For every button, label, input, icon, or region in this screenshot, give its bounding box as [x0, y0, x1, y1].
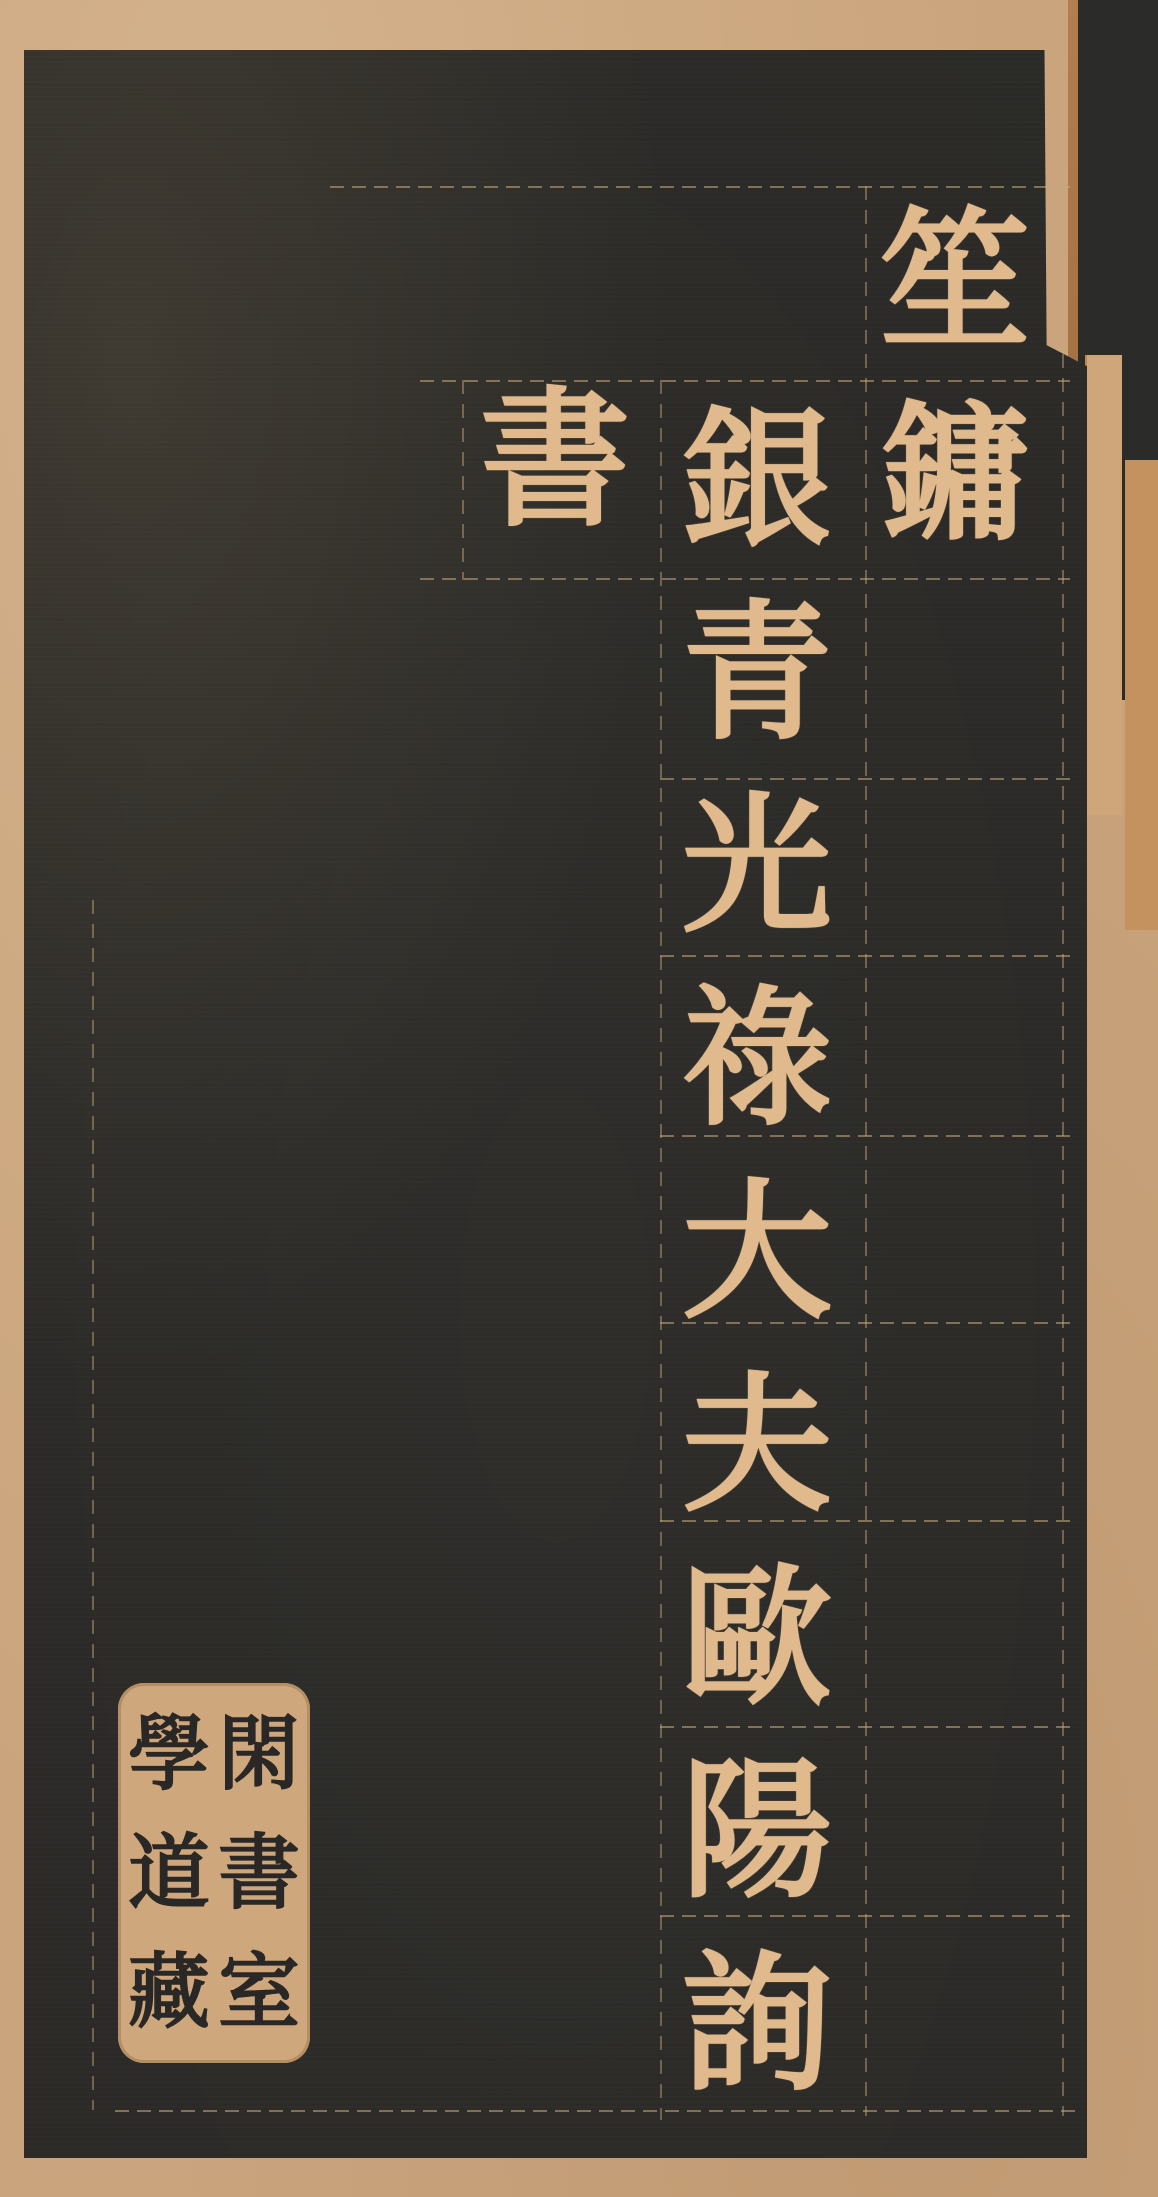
author-char: 銀: [682, 405, 832, 598]
torn-paper-strip: [1085, 355, 1122, 815]
grid-line: [330, 186, 1070, 188]
author-char: 光: [682, 791, 832, 984]
author-char: 大: [682, 1177, 832, 1370]
seal-char: 書: [218, 1814, 300, 1932]
author-char: 歐: [682, 1563, 832, 1756]
author-char: 祿: [682, 984, 832, 1177]
collector-seal: 閑 書 室 學 道 藏: [118, 1683, 310, 2063]
title-column: 笙 鏞: [880, 205, 1030, 593]
author-column: 銀 青 光 祿 大 夫 歐 陽 詢: [682, 405, 832, 2142]
seal-char: 閑: [218, 1695, 300, 1813]
author-char: 陽: [682, 1756, 832, 1949]
grid-line: [1062, 186, 1064, 2116]
title-char: 笙: [880, 205, 1030, 399]
seal-char: 藏: [128, 1933, 210, 2051]
author-char: 詢: [682, 1949, 832, 2142]
grid-line: [660, 380, 662, 2120]
seal-left-column: 學 道 藏: [128, 1695, 210, 2051]
grid-line: [865, 186, 867, 2116]
grid-line: [115, 2110, 1075, 2112]
grid-line: [92, 900, 94, 2110]
seal-right-column: 閑 書 室: [218, 1695, 300, 2051]
seal-char: 學: [128, 1695, 210, 1813]
author-char: 夫: [682, 1370, 832, 1563]
seal-char: 道: [128, 1814, 210, 1932]
sub-char: 書: [480, 385, 630, 535]
torn-paper-strip-outer: [1125, 460, 1158, 930]
title-char: 鏞: [880, 399, 1030, 593]
grid-line: [462, 380, 464, 580]
author-char: 青: [682, 598, 832, 791]
seal-char: 室: [218, 1933, 300, 2051]
sub-column: 書: [480, 385, 630, 535]
